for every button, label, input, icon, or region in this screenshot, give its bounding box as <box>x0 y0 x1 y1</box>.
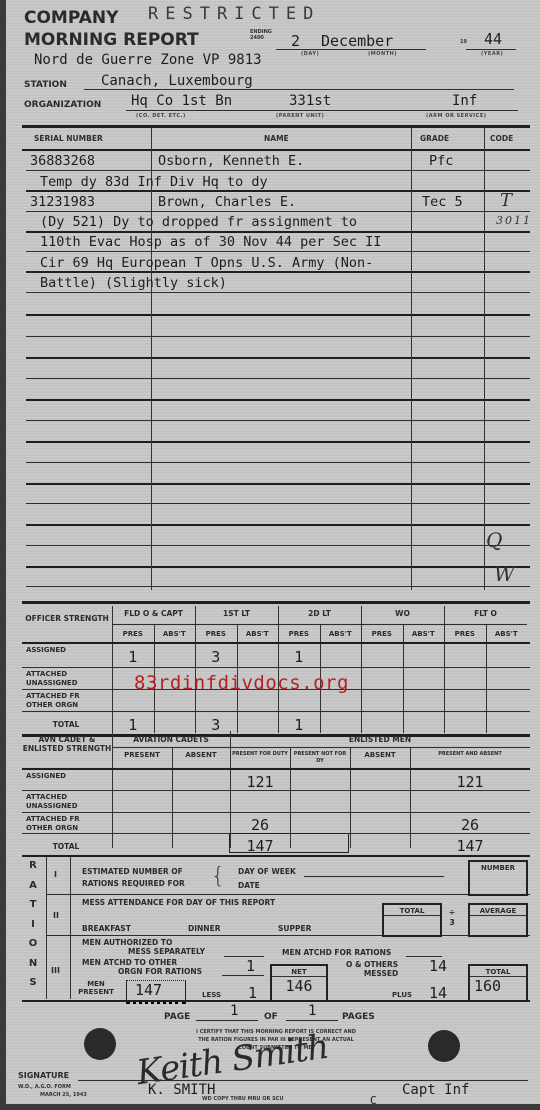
col-divider-name <box>411 128 412 590</box>
officer-cell: 1 <box>278 716 320 734</box>
rations-sec1-label: ESTIMATED NUMBER OFRATIONS REQUIRED FOR <box>82 866 185 890</box>
net-value: 146 <box>272 977 326 995</box>
organization-label: ORGANIZATION <box>24 100 101 110</box>
rations-side-letter: O <box>26 938 40 958</box>
officer-group-2: 2D LT <box>278 609 361 618</box>
enlisted-header-divider <box>22 768 530 770</box>
watermark: 83rdinfdivdocs.org <box>134 672 349 694</box>
officer-group-1: 1ST LT <box>195 609 278 618</box>
enlisted-row-label: ATTACHED FR OTHER ORGN <box>26 815 106 833</box>
officer-group-divider <box>361 606 362 733</box>
col-divider-grade <box>484 128 485 590</box>
ruled-line <box>26 271 530 273</box>
rations-row-divider-2 <box>46 935 530 936</box>
ruled-line <box>26 462 530 463</box>
entry-2-name: Brown, Charles E. <box>158 194 296 210</box>
officer-group-divider <box>444 606 445 733</box>
ruled-line <box>26 292 530 293</box>
entry-2-grade: Tec 5 <box>422 194 463 210</box>
total-box-label: TOTAL <box>470 966 526 977</box>
ruled-line <box>26 545 530 546</box>
signer-rank: Capt Inf <box>402 1082 469 1098</box>
net-label: NET <box>272 966 326 977</box>
officer-sub-header: PRES <box>112 630 154 638</box>
ruled-line <box>26 251 530 252</box>
of-label: OF <box>264 1012 278 1022</box>
rations-side-letter: R <box>26 860 40 880</box>
total-box: TOTAL 160 <box>468 964 528 1002</box>
ruled-line <box>26 399 530 401</box>
ruled-line <box>26 441 530 443</box>
entry-2-remark-2: 110th Evac Hosp as of 30 Nov 44 per Sec … <box>40 234 381 250</box>
mess-attendance-label: MESS ATTENDANCE FOR DAY OF THIS REPORT <box>82 898 275 907</box>
supper-label: SUPPER <box>278 924 311 933</box>
officer-sub-header: PRES <box>444 630 486 638</box>
men-authorized-label-1: MEN AUTHORIZED TO <box>82 938 172 947</box>
col-name: NAME <box>264 134 289 143</box>
enlisted-cell: 121 <box>230 773 290 791</box>
officer-row-label: ATTACHED UNASSIGNED <box>26 670 106 688</box>
brace: { <box>211 864 225 889</box>
pages-number: 1 <box>308 1003 316 1019</box>
col-divider-serial <box>151 128 152 590</box>
enlisted-men-group: ENLISTED MEN <box>230 735 530 744</box>
rations-side-letter: S <box>26 977 40 997</box>
divide-by-three: ÷ 3 <box>446 908 458 928</box>
officer-cell: 1 <box>112 648 154 666</box>
enlisted-cell: 26 <box>410 816 530 834</box>
officer-row-label: ASSIGNED <box>26 646 106 655</box>
rations-side-letter: A <box>26 880 40 900</box>
sec1-label-1: ESTIMATED NUMBER OF <box>82 867 183 876</box>
station-value: Canach, Luxembourg <box>101 73 253 89</box>
officer-sub-divider <box>403 624 404 733</box>
enlisted-sub-header: PRESENT AND ABSENT <box>410 751 530 758</box>
page-number: 1 <box>230 1003 238 1019</box>
dinner-label: DINNER <box>188 924 220 933</box>
ruled-line <box>26 211 530 212</box>
entry-2-code: T <box>500 190 512 211</box>
rations-side-label: RATIONS <box>26 860 40 997</box>
officer-sub-header: PRES <box>361 630 403 638</box>
entry-2-remark-4: Battle) (Slightly sick) <box>40 275 227 291</box>
officer-sub-header: PRES <box>195 630 237 638</box>
enlisted-sub-header: ABSENT <box>172 751 230 760</box>
officer-sub-header: ABS'T <box>320 630 362 638</box>
signature-line <box>78 1080 528 1081</box>
rations-divider-2 <box>70 857 71 999</box>
rations-top-border <box>22 855 530 857</box>
ruled-line <box>26 357 530 359</box>
rations-sec2-number: II <box>53 911 59 920</box>
men-present-label: MEN PRESENT <box>78 980 114 996</box>
officer-sub-header: PRES <box>278 630 320 638</box>
org-parent: 331st <box>289 93 331 109</box>
enlisted-cell: 147 <box>410 837 530 855</box>
officer-header-divider <box>22 642 530 644</box>
ending-label-2: 2400 <box>250 35 264 41</box>
officer-sub-header: ABS'T <box>486 630 528 638</box>
report-month: December <box>321 32 393 50</box>
col-grade: GRADE <box>420 134 449 143</box>
officer-group-3: WO <box>361 609 444 618</box>
pages-line <box>286 1020 338 1021</box>
others-messed-label: O & OTHERSMESSED <box>346 960 398 978</box>
mess-total-box: TOTAL <box>382 903 442 937</box>
rations-side-letter: I <box>26 919 40 939</box>
plus-label: PLUS <box>392 991 412 999</box>
report-day: 2 <box>291 32 300 50</box>
page-line <box>196 1020 258 1021</box>
ruled-line <box>26 314 530 316</box>
enlisted-row-label: ASSIGNED <box>26 772 106 781</box>
enlisted-row-divider <box>22 812 530 813</box>
signature-label: SIGNATURE <box>18 1071 69 1080</box>
entry-1-grade: Pfc <box>429 153 453 169</box>
officer-cell: 1 <box>278 648 320 666</box>
atchd-other-line <box>222 975 264 976</box>
header-divider <box>22 149 530 151</box>
others-messed-value: 14 <box>429 957 447 975</box>
form-title-company: COMPANY <box>24 8 118 28</box>
year-suffix: 44 <box>484 30 502 48</box>
officer-sub-header: ABS'T <box>237 630 279 638</box>
number-box-label: NUMBER <box>470 862 526 872</box>
station-label: STATION <box>24 80 67 90</box>
org-unit: Hq Co 1st Bn <box>131 93 232 109</box>
binder-hole-right <box>428 1030 460 1062</box>
rations-side-letter: T <box>26 899 40 919</box>
col-serial-number: SERIAL NUMBER <box>34 134 103 143</box>
rations-sec1-number: I <box>54 870 57 879</box>
men-authorized-label-2: MESS SEPARATELY <box>128 947 205 956</box>
ruled-line <box>26 378 530 379</box>
day-of-week-label: DAY OF WEEK <box>238 867 296 876</box>
ruled-line <box>26 586 530 587</box>
less-label: LESS <box>202 991 221 999</box>
margin-mark-c: C <box>370 1094 377 1107</box>
rations-side-letter: N <box>26 958 40 978</box>
officer-cell: 1 <box>112 716 154 734</box>
average-label: AVERAGE <box>470 905 526 916</box>
enlisted-row-divider <box>22 790 530 791</box>
org-unit-caption: (CO. DET. ETC.) <box>136 113 186 119</box>
officer-group-divider <box>112 606 113 733</box>
men-atchd-other-label-1: MEN ATCHD TO OTHER <box>82 958 177 967</box>
officer-sub-header: ABS'T <box>403 630 445 638</box>
total-value: 160 <box>470 977 526 995</box>
margin-mark-q: Q <box>486 528 502 552</box>
men-atchd-other-label-2: ORGN FOR RATIONS <box>118 967 202 976</box>
organization-underline <box>126 110 518 111</box>
ruled-line <box>26 231 530 233</box>
sec1-label-2: RATIONS REQUIRED FOR <box>82 879 185 888</box>
pages-label: PAGES <box>342 1012 375 1022</box>
ruled-line <box>26 170 530 171</box>
enlisted-cell: 26 <box>230 816 290 834</box>
enlisted-row-label: TOTAL <box>26 842 106 851</box>
officer-cell: 3 <box>195 648 237 666</box>
enlisted-sub-header: ABSENT <box>350 751 410 760</box>
others-label-2: MESSED <box>364 969 398 978</box>
ruled-line <box>26 420 530 421</box>
officer-group-underline <box>112 624 527 625</box>
entries-bottom-border <box>22 601 530 604</box>
men-atchd-rations-label: MEN ATCHD FOR RATIONS <box>282 948 391 957</box>
col-code: CODE <box>490 134 513 143</box>
date-label: DATE <box>238 881 260 890</box>
men-atchd-other-value: 1 <box>246 957 255 975</box>
margin-mark-w: W <box>494 562 515 586</box>
entry-1-serial: 36883268 <box>30 153 95 169</box>
ruled-line <box>26 566 530 568</box>
month-caption: (MONTH) <box>368 51 397 57</box>
year-prefix: 19 <box>460 39 467 45</box>
form-id-1: W.D., A.G.O. FORM <box>18 1084 71 1090</box>
year-caption: (YEAR) <box>481 51 503 57</box>
ruled-line <box>26 336 530 337</box>
entry-2-remark-1: (Dy 521) Dy to dropped fr assignment to <box>40 214 357 230</box>
entry-2-remark-3: Cir 69 Hq European T Opns U.S. Army (Non… <box>40 255 373 271</box>
enlisted-row-label: ATTACHED UNASSIGNED <box>26 793 106 811</box>
morning-report-form: COMPANY RESTRICTED MORNING REPORT ENDING… <box>6 0 540 1104</box>
form-id-2: MARCH 25, 1943 <box>40 1092 87 1098</box>
number-box: NUMBER <box>468 860 528 896</box>
enlisted-sub-header: PRESENT <box>112 751 172 760</box>
day-of-week-line <box>304 876 444 877</box>
table-top-border <box>22 125 530 128</box>
officer-strength-title: OFFICER STRENGTH <box>22 614 112 623</box>
mess-separately-line <box>224 956 264 957</box>
enlisted-group-underline <box>112 747 530 748</box>
others-label-1: O & OTHERS <box>346 960 398 969</box>
enlisted-cell: 121 <box>410 773 530 791</box>
aviation-cadets-group: AVIATION CADETS <box>112 735 230 744</box>
station-underline <box>84 89 514 90</box>
entry-1-name: Osborn, Kenneth E. <box>158 153 304 169</box>
officer-sub-divider <box>486 624 487 733</box>
mess-total-label: TOTAL <box>384 905 440 916</box>
form-title-report: MORNING REPORT <box>24 30 199 50</box>
classification-stamp: RESTRICTED <box>148 4 320 24</box>
officer-group-divider <box>195 606 196 733</box>
date-underline <box>276 49 426 50</box>
officer-group-0: FLD O & CAPT <box>112 609 195 618</box>
binder-hole-left <box>84 1028 116 1060</box>
page-label: PAGE <box>164 1012 190 1022</box>
org-arm: Inf <box>452 93 477 109</box>
ending-label: ENDING2400 <box>250 29 272 41</box>
entry-2-code-number: 3011 <box>496 214 532 227</box>
officer-sub-header: ABS'T <box>154 630 196 638</box>
enlisted-sub-header: PRESENT FOR DUTY <box>230 751 290 758</box>
ruled-line <box>26 483 530 485</box>
org-arm-caption: (ARM OR SERVICE) <box>426 113 487 119</box>
ruled-line <box>26 190 530 192</box>
year-underline <box>466 49 516 50</box>
enlisted-sub-header: PRESENT NOT FOR DY <box>290 751 350 765</box>
entry-1-remark: Temp dy 83d Inf Div Hq to dy <box>40 174 268 190</box>
enlisted-strength-title: AVN CADET & ENLISTED STRENGTH <box>22 735 112 753</box>
officer-row-divider <box>22 711 530 712</box>
day-caption: (DAY) <box>301 51 319 57</box>
org-parent-caption: (PARENT UNIT) <box>276 113 324 119</box>
net-box: NET 146 <box>270 964 328 1002</box>
ruled-line <box>26 503 530 504</box>
enlisted-total-box <box>229 833 349 853</box>
rations-row-divider-1 <box>46 894 530 895</box>
average-box: AVERAGE <box>468 903 528 937</box>
officer-row-divider <box>22 667 530 668</box>
officer-group-divider <box>278 606 279 733</box>
copy-note: WD COPY THRU MRU OR SCU <box>202 1096 283 1102</box>
rations-bottom-border <box>22 1000 530 1002</box>
rations-divider-1 <box>46 857 47 999</box>
men-present-value: 147 <box>127 981 185 999</box>
entry-2-serial: 31231983 <box>30 194 95 210</box>
rations-sec3-number: III <box>51 966 60 975</box>
officer-row-label: TOTAL <box>26 720 106 729</box>
breakfast-label: BREAKFAST <box>82 924 131 933</box>
ruled-line <box>26 524 530 526</box>
officer-group-4: FLT O <box>444 609 527 618</box>
location-line: Nord de Guerre Zone VP 9813 <box>34 52 262 68</box>
officer-row-label: ATTACHED FR OTHER ORGN <box>26 692 106 710</box>
